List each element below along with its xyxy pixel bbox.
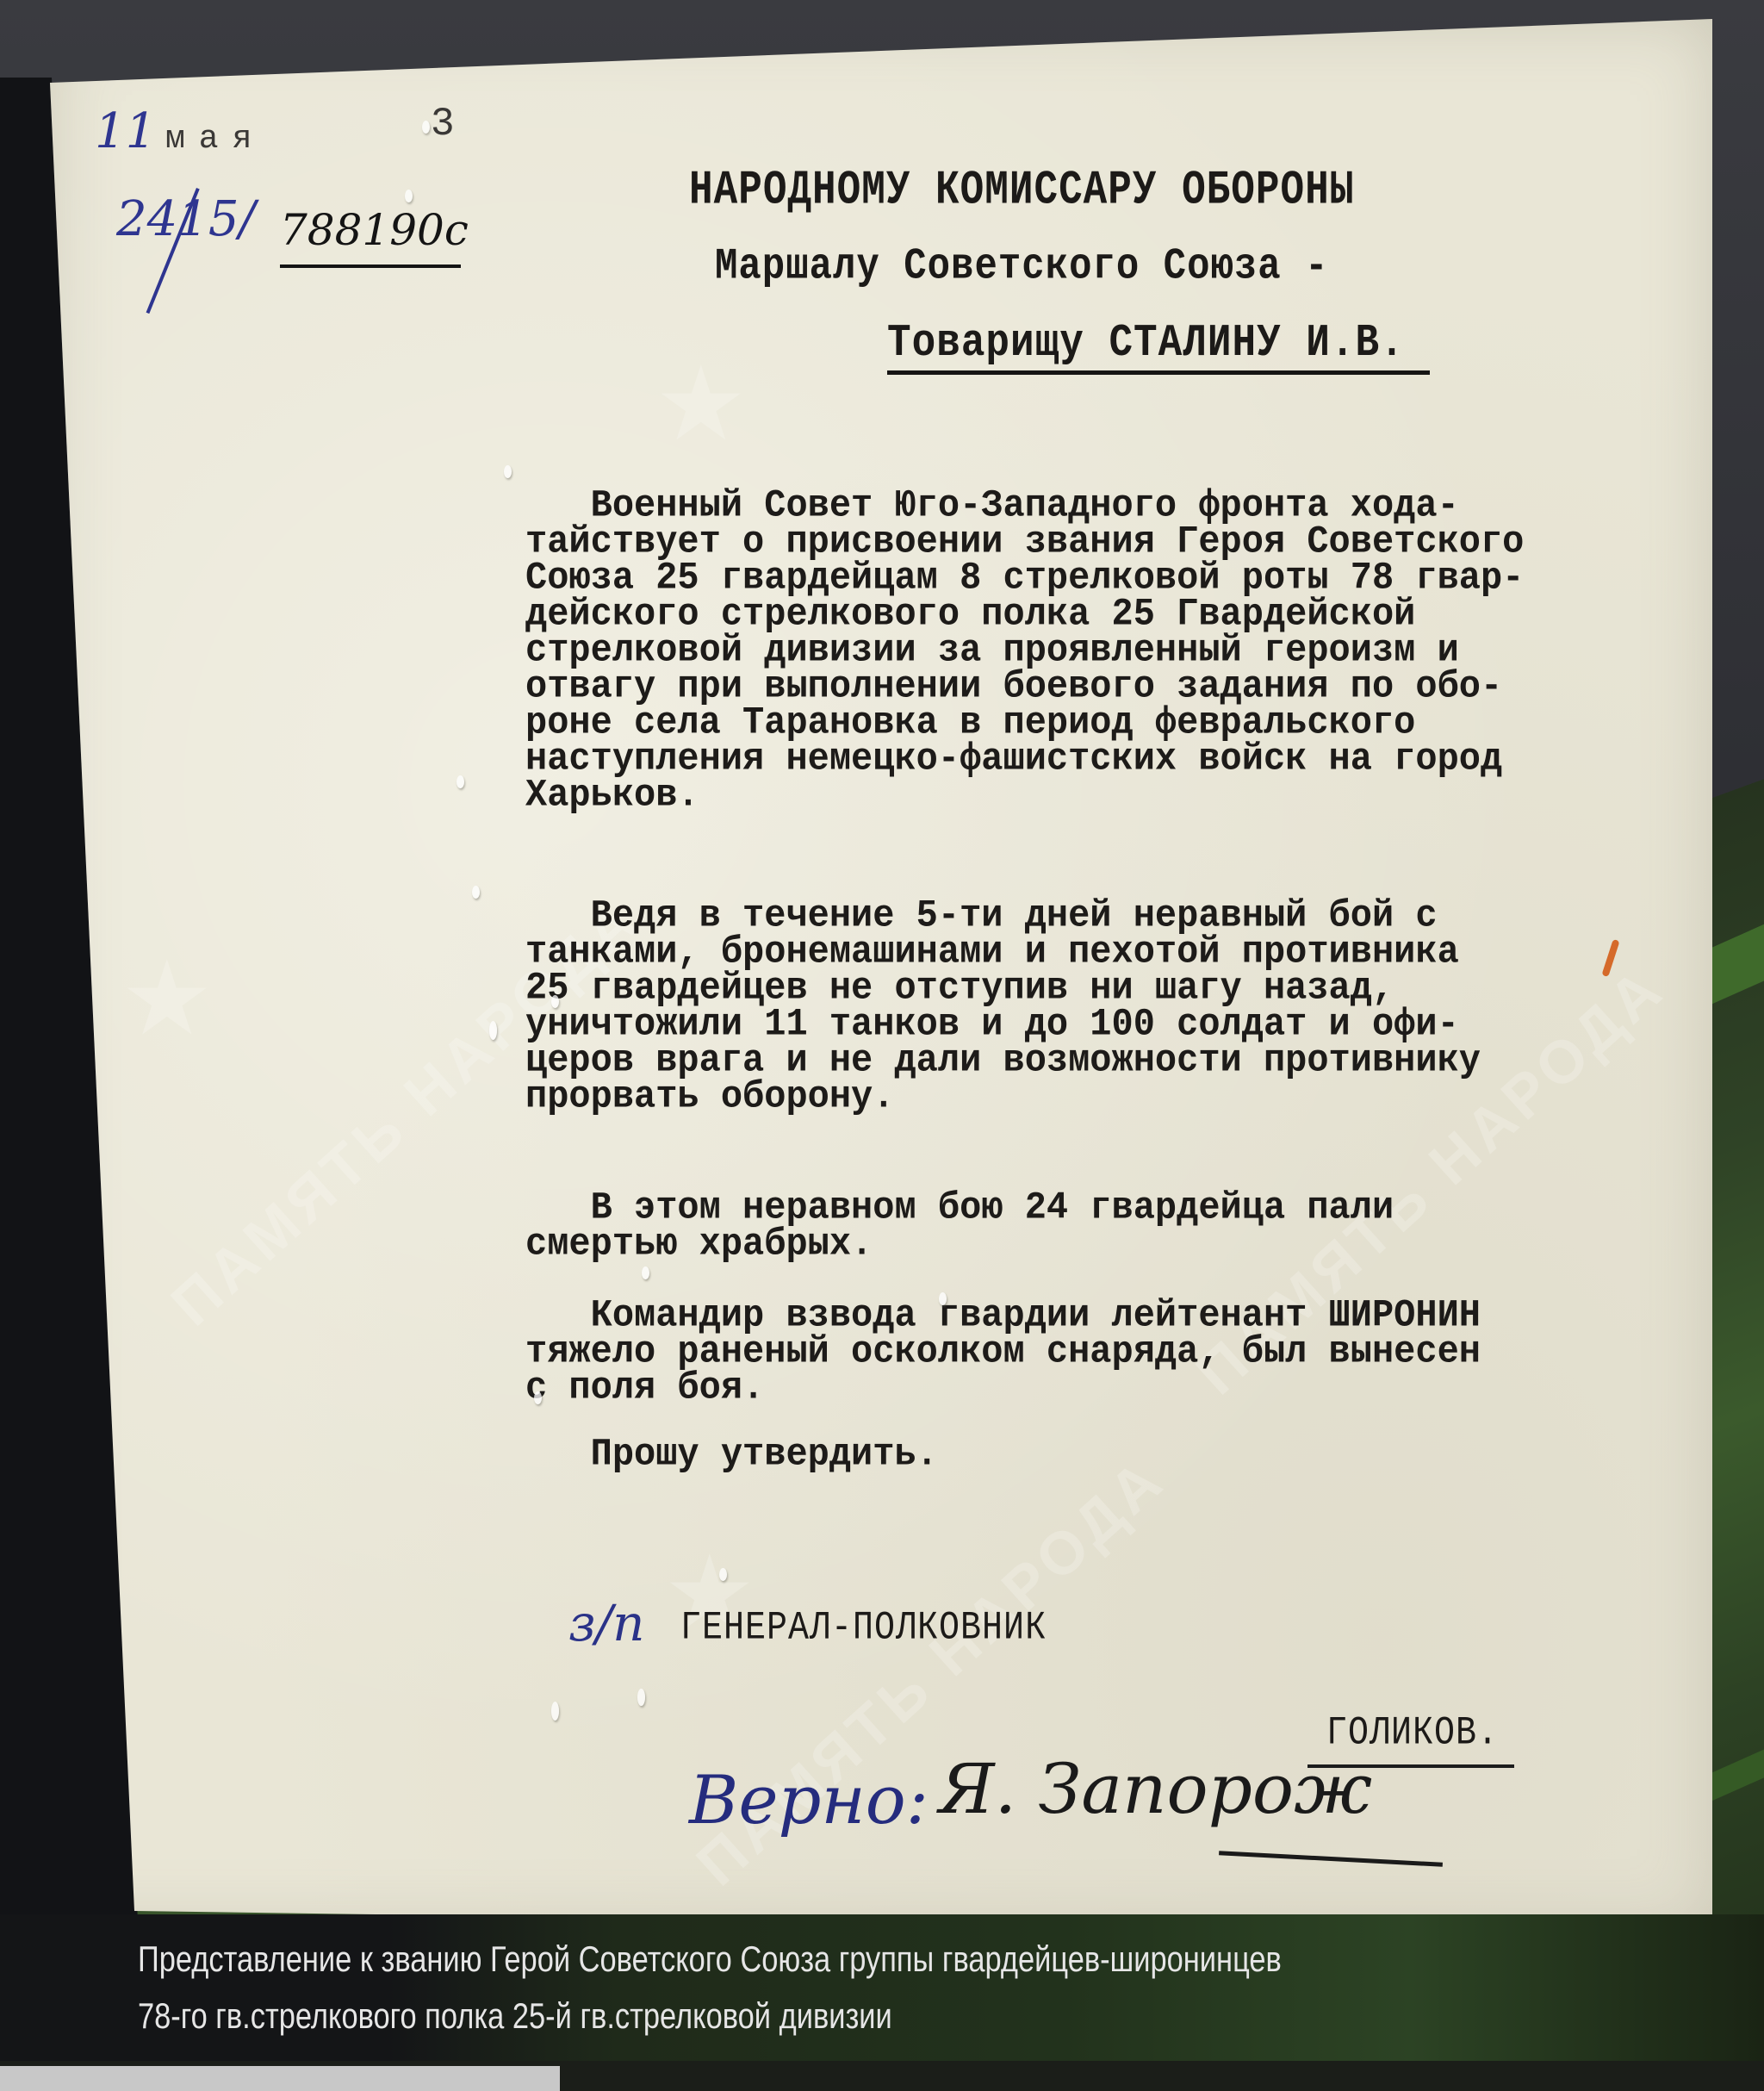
text-line: тайствует о присвоении звания Героя Сове…	[525, 524, 1524, 560]
body-paragraph-2: Ведя в течение 5-ти дней неравный бой с …	[525, 898, 1481, 1115]
date-month: мая	[165, 121, 265, 158]
page-number: 3	[431, 102, 455, 146]
addressee-line-3: Товарищу СТАЛИНУ И.В.	[887, 317, 1405, 369]
addressee-line-2: Маршалу Советского Союза -	[715, 242, 1329, 292]
text-line: Командир взвода гвардии лейтенант ШИРОНИ…	[525, 1298, 1481, 1334]
text-line: прорвать оборону.	[525, 1079, 1481, 1115]
text-line: церов врага и не дали возможности против…	[525, 1042, 1481, 1079]
water-droplet	[939, 1292, 947, 1305]
water-droplet	[422, 121, 430, 134]
text-line: Харьков.	[525, 777, 1524, 813]
text-line: Военный Совет Юго-Западного фронта хода-	[525, 488, 1524, 524]
certification-label: Верно:	[689, 1762, 929, 1839]
body-paragraph-3: В этом неравном бою 24 гвардейца пали см…	[525, 1190, 1394, 1262]
text-line: 25 гвардейцев не отступив ни шагу назад,	[525, 970, 1481, 1006]
water-droplet	[719, 1568, 727, 1581]
water-droplet	[534, 1391, 542, 1404]
body-paragraph-1: Военный Совет Юго-Западного фронта хода-…	[525, 488, 1524, 813]
text-line: Союза 25 гвардейцам 8 стрелковой роты 78…	[525, 560, 1524, 596]
date-day: 11	[95, 103, 156, 159]
caption-band	[0, 1914, 1764, 2061]
text-line: тяжело раненый осколком снаряда, был вын…	[525, 1334, 1481, 1370]
text-line: уничтожили 11 танков и до 100 солдат и о…	[525, 1006, 1481, 1042]
water-droplet	[489, 1021, 497, 1040]
registration-number: 788190с	[280, 205, 469, 255]
text-line: смертью храбрых.	[525, 1226, 1394, 1262]
water-droplet	[551, 995, 559, 1008]
registration-underline	[280, 264, 461, 268]
caption-line-2: 78-го гв.стрелкового полка 25-й гв.стрел…	[138, 1995, 892, 2037]
bottom-white-edge	[0, 2066, 560, 2091]
addressee-underline	[887, 370, 1430, 375]
body-paragraph-4: Командир взвода гвардии лейтенант ШИРОНИ…	[525, 1298, 1481, 1406]
text-line: танками, бронемашинами и пехотой противн…	[525, 934, 1481, 970]
star-watermark-icon: ★	[655, 345, 748, 464]
text-line: отвагу при выполнении боевого задания по…	[525, 669, 1524, 705]
water-droplet	[642, 1266, 649, 1279]
caption-line-1: Представление к званию Герой Советского …	[138, 1939, 1282, 1980]
certification-signature: Я. Запорож	[939, 1749, 1372, 1829]
text-line: наступления немецко-фашистских войск на …	[525, 741, 1524, 777]
text-line: Прошу утвердить.	[525, 1436, 938, 1472]
body-paragraph-5: Прошу утвердить.	[525, 1436, 938, 1472]
addressee-line-1: НАРОДНОМУ КОМИССАРУ ОБОРОНЫ	[689, 164, 1354, 217]
star-watermark-icon: ★	[121, 939, 214, 1059]
text-line: В этом неравном бою 24 гвардейца пали	[525, 1190, 1394, 1226]
water-droplet	[405, 190, 413, 202]
text-line: стрелковой дивизии за проявленный героиз…	[525, 632, 1524, 669]
text-line: роне села Тарановка в период февральског…	[525, 705, 1524, 741]
text-line: с поля боя.	[525, 1370, 1481, 1406]
for-mark: з/п	[568, 1594, 645, 1652]
water-droplet	[457, 775, 464, 788]
water-droplet	[504, 465, 512, 478]
text-line: Ведя в течение 5-ти дней неравный бой с	[525, 898, 1481, 934]
text-line: дейского стрелкового полка 25 Гвардейско…	[525, 596, 1524, 632]
water-droplet	[637, 1689, 645, 1706]
water-droplet	[472, 886, 480, 899]
water-droplet	[551, 1702, 559, 1721]
signatory-rank: ГЕНЕРАЛ-ПОЛКОВНИК	[680, 1607, 1047, 1652]
